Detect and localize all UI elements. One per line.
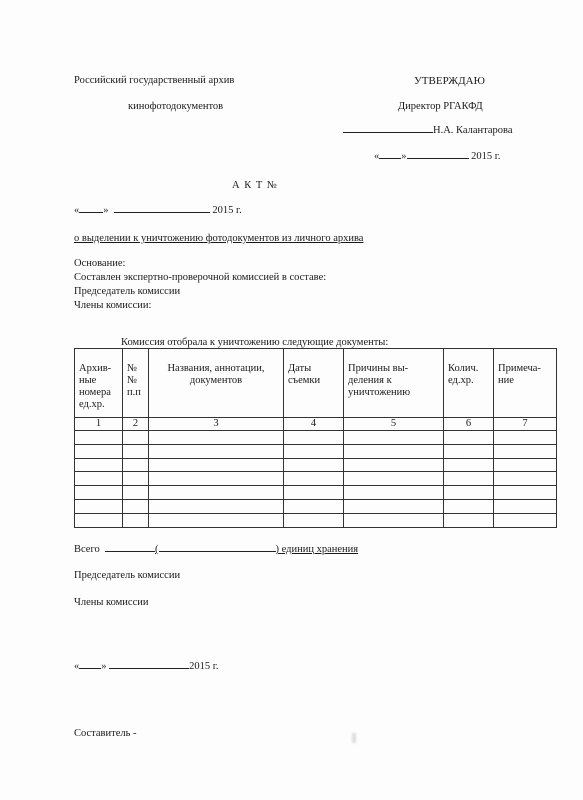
- column-header: Названия, аннотации, документов: [149, 349, 284, 418]
- column-header: Примеча- ние: [494, 349, 557, 418]
- act-subject: о выделении к уничтожению фотодокументов…: [74, 233, 363, 244]
- quote-close: »: [103, 205, 108, 216]
- table-cell[interactable]: [344, 472, 444, 486]
- column-header-label: Даты съемки: [284, 349, 343, 387]
- column-number: 6: [444, 418, 494, 431]
- total-units: единиц хранения: [282, 544, 358, 555]
- table-cell[interactable]: [444, 472, 494, 486]
- signature-blank[interactable]: [343, 131, 433, 133]
- footer-date: «» 2015 г.: [74, 661, 219, 672]
- table-row: [75, 472, 557, 486]
- month-blank[interactable]: [407, 157, 469, 159]
- table-cell[interactable]: [75, 458, 123, 472]
- table-cell[interactable]: [149, 444, 284, 458]
- table-row: [75, 486, 557, 500]
- table-cell[interactable]: [123, 431, 149, 445]
- table-row: [75, 499, 557, 513]
- table-cell[interactable]: [494, 513, 557, 527]
- day-blank[interactable]: [79, 211, 103, 213]
- column-header-label: № № п.п: [123, 349, 148, 399]
- month-blank[interactable]: [114, 211, 210, 213]
- archive-name-line2: кинофотодокументов: [128, 101, 223, 112]
- table-cell[interactable]: [149, 513, 284, 527]
- signature-chairman: Председатель комиссии: [74, 570, 180, 581]
- table-cell[interactable]: [284, 472, 344, 486]
- table-cell[interactable]: [123, 472, 149, 486]
- table-cell[interactable]: [284, 458, 344, 472]
- column-header-label: Архив- ные номера ед.хр.: [75, 349, 122, 411]
- act-date: «» 2015 г.: [74, 205, 242, 216]
- table-cell[interactable]: [444, 486, 494, 500]
- table-intro: Комиссия отобрала к уничтожению следующи…: [121, 337, 388, 348]
- table-cell[interactable]: [284, 486, 344, 500]
- table-cell[interactable]: [494, 431, 557, 445]
- table-cell[interactable]: [149, 472, 284, 486]
- column-header: Причины вы- деления к уничтожению: [344, 349, 444, 418]
- table-cell[interactable]: [75, 499, 123, 513]
- day-blank[interactable]: [379, 157, 401, 159]
- table-cell[interactable]: [344, 458, 444, 472]
- table-cell[interactable]: [75, 444, 123, 458]
- table-cell[interactable]: [149, 499, 284, 513]
- basis-members: Члены комиссии:: [74, 300, 151, 311]
- table-cell[interactable]: [149, 458, 284, 472]
- total-label: Всего: [74, 544, 100, 555]
- act-year: 2015 г.: [212, 205, 241, 216]
- act-title: А К Т №: [232, 180, 278, 191]
- table-cell[interactable]: [494, 499, 557, 513]
- column-header-label: Колич. ед.хр.: [444, 349, 493, 387]
- table-row: [75, 431, 557, 445]
- column-header-label: Названия, аннотации, документов: [149, 349, 283, 387]
- approval-date: «» 2015 г.: [374, 151, 501, 162]
- column-header: Колич. ед.хр.: [444, 349, 494, 418]
- column-number: 4: [284, 418, 344, 431]
- table-cell[interactable]: [444, 513, 494, 527]
- table-cell[interactable]: [284, 444, 344, 458]
- documents-table: Архив- ные номера ед.хр.№ № п.пНазвания,…: [74, 348, 557, 528]
- column-header: Даты съемки: [284, 349, 344, 418]
- table-cell[interactable]: [284, 499, 344, 513]
- table-cell[interactable]: [75, 513, 123, 527]
- table-cell[interactable]: [494, 472, 557, 486]
- table-cell[interactable]: [494, 458, 557, 472]
- approval-position: Директор РГАКФД: [398, 101, 483, 112]
- table-header-row: Архив- ные номера ед.хр.№ № п.пНазвания,…: [75, 349, 557, 418]
- table-row: [75, 513, 557, 527]
- table-row: [75, 444, 557, 458]
- column-number: 2: [123, 418, 149, 431]
- column-number: 1: [75, 418, 123, 431]
- column-number: 3: [149, 418, 284, 431]
- column-header: № № п.п: [123, 349, 149, 418]
- signature-members: Члены комиссии: [74, 597, 148, 608]
- total-words-blank[interactable]: [159, 550, 276, 552]
- archive-name-line1: Российский государственный архив: [74, 75, 234, 86]
- column-number: 7: [494, 418, 557, 431]
- table-cell[interactable]: [75, 486, 123, 500]
- table-cell[interactable]: [444, 444, 494, 458]
- scan-smudge: [352, 733, 356, 743]
- total-count-blank[interactable]: [105, 550, 155, 552]
- day-blank[interactable]: [79, 667, 101, 669]
- basis-chairman: Председатель комиссии: [74, 286, 180, 297]
- table-cell[interactable]: [123, 499, 149, 513]
- table-row: [75, 458, 557, 472]
- table-cell[interactable]: [444, 499, 494, 513]
- table-cell[interactable]: [284, 431, 344, 445]
- basis-composed: Составлен экспертно-проверочной комиссие…: [74, 272, 326, 283]
- table-cell[interactable]: [75, 472, 123, 486]
- month-blank[interactable]: [109, 667, 189, 669]
- table-cell[interactable]: [75, 431, 123, 445]
- table-cell[interactable]: [344, 499, 444, 513]
- approval-signature-line: Н.А. Калантарова: [343, 125, 513, 136]
- column-header-label: Причины вы- деления к уничтожению: [344, 349, 443, 399]
- table-cell[interactable]: [284, 513, 344, 527]
- quote-close: »: [101, 661, 106, 672]
- table-cell[interactable]: [444, 431, 494, 445]
- footer-year: 2015 г.: [189, 661, 218, 672]
- table-cell[interactable]: [494, 486, 557, 500]
- table-cell[interactable]: [344, 513, 444, 527]
- table-cell[interactable]: [444, 458, 494, 472]
- table-cell[interactable]: [344, 431, 444, 445]
- column-number: 5: [344, 418, 444, 431]
- column-header-label: Примеча- ние: [494, 349, 556, 387]
- approval-year: 2015 г.: [471, 151, 500, 162]
- table-cell[interactable]: [123, 444, 149, 458]
- table-cell[interactable]: [344, 486, 444, 500]
- table-cell[interactable]: [123, 458, 149, 472]
- compiler-label: Составитель -: [74, 728, 137, 739]
- total-line: Всего () единиц хранения: [74, 544, 358, 555]
- column-number-row: 1234567: [75, 418, 557, 431]
- table-cell[interactable]: [149, 431, 284, 445]
- table-cell[interactable]: [123, 513, 149, 527]
- table-cell[interactable]: [494, 444, 557, 458]
- table-cell[interactable]: [149, 486, 284, 500]
- table-cell[interactable]: [123, 486, 149, 500]
- table-cell[interactable]: [344, 444, 444, 458]
- basis-label: Основание:: [74, 258, 125, 269]
- column-header: Архив- ные номера ед.хр.: [75, 349, 123, 418]
- approval-title: УТВЕРЖДАЮ: [414, 75, 485, 87]
- approval-signatory: Н.А. Калантарова: [433, 125, 513, 136]
